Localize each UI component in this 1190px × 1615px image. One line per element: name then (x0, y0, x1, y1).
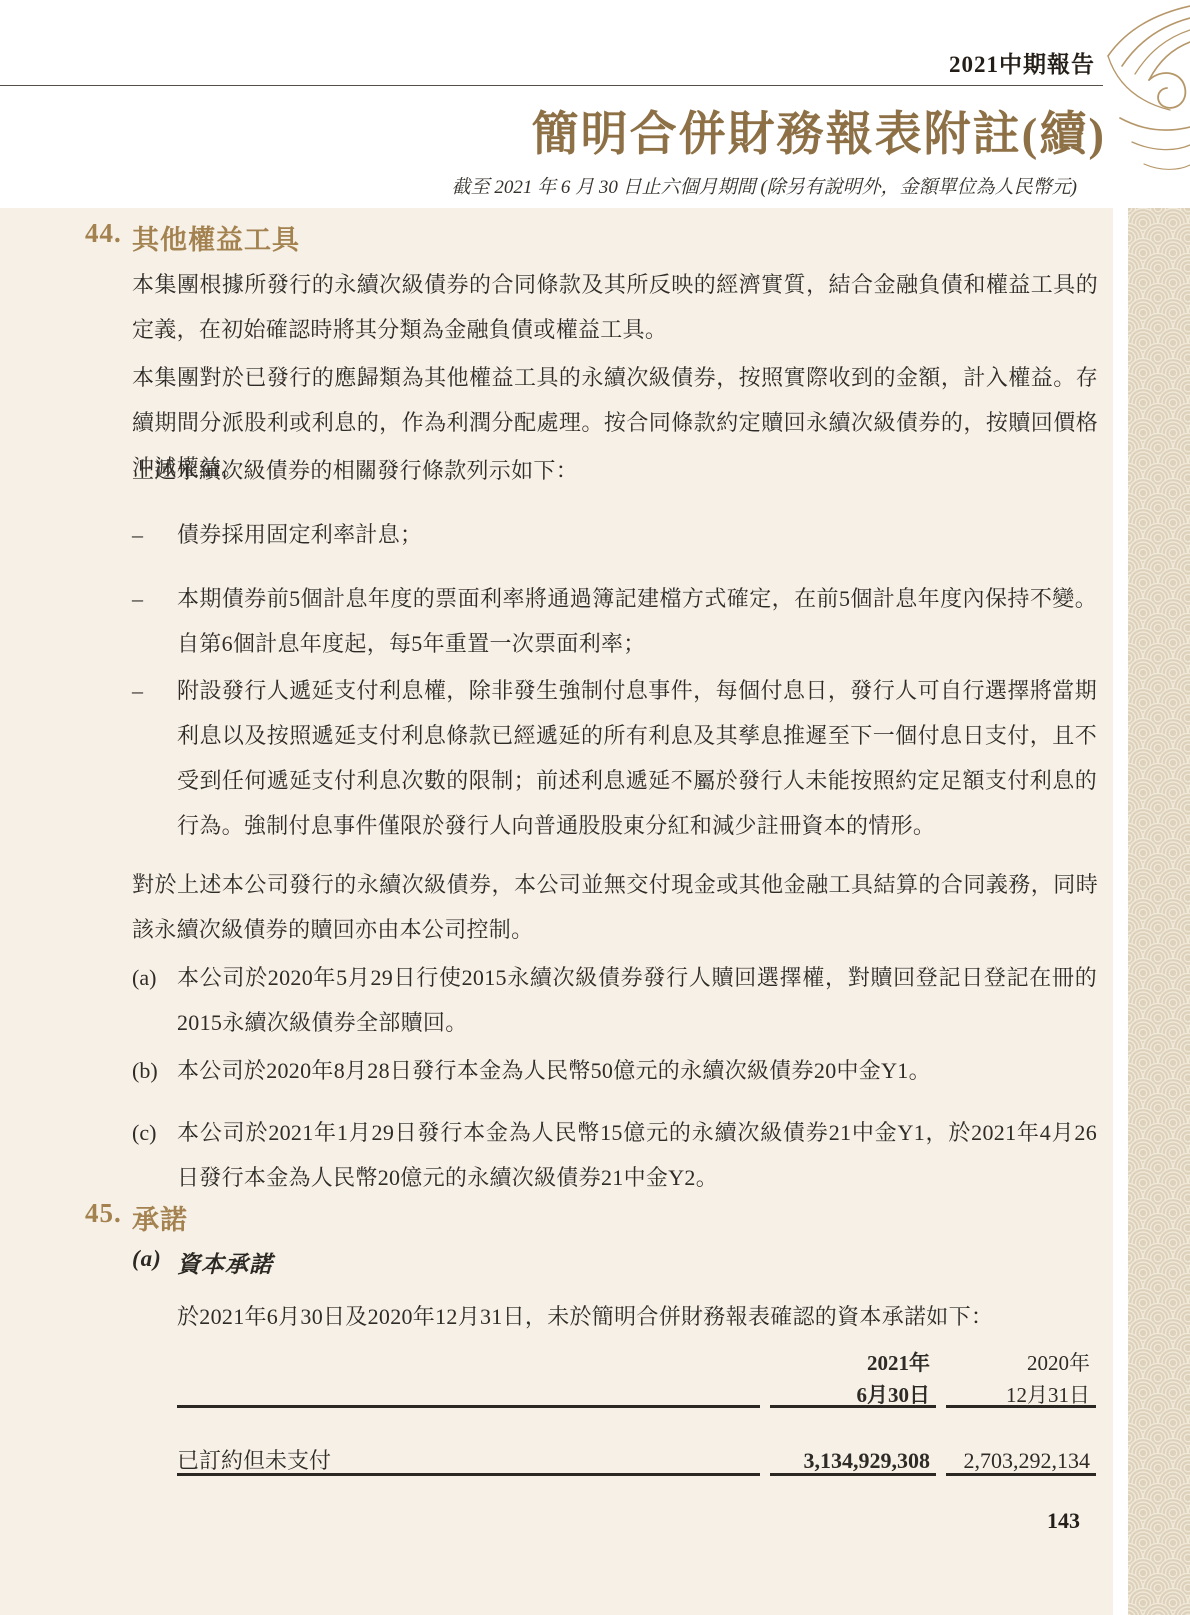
section-number: 45. (85, 1198, 132, 1237)
section-title: 其他權益工具 (132, 218, 300, 257)
header-rule (0, 85, 1103, 86)
bullet-dash: – (132, 512, 177, 557)
bullet-item: 附設發行人遞延支付利息權，除非發生強制付息事件，每個付息日，發行人可自行選擇將當… (177, 668, 1097, 848)
section-number: 44. (85, 218, 132, 257)
table-rule-bottom (946, 1473, 1096, 1476)
subsection-label: (a) (132, 1246, 177, 1279)
table-value-2021: 3,134,929,308 (770, 1446, 930, 1476)
list-item: 本公司於2020年5月29日行使2015永續次級債券發行人贖回選擇權，對贖回登記… (177, 955, 1097, 1045)
page-subtitle: 截至 2021 年 6 月 30 日止六個月期間 (除另有說明外，金額單位為人民… (452, 172, 1077, 199)
list-label: (b) (132, 1048, 177, 1093)
page-title: 簡明合併財務報表附註(續) (532, 97, 1106, 164)
table-rule-top (946, 1405, 1096, 1408)
report-page: 2021中期報告 簡明合併財務報表附註(續) 截至 2021 年 6 月 30 … (0, 0, 1190, 1615)
list-label: (a) (132, 955, 177, 1000)
list-item: 本公司於2021年1月29日發行本金為人民幣15億元的永續次級債券21中金Y1，… (177, 1110, 1097, 1200)
subsection-heading: (a) 資本承諾 (132, 1246, 273, 1279)
section-44-heading: 44. 其他權益工具 (85, 218, 300, 257)
list-label: (c) (132, 1110, 177, 1155)
bullet-item: 債券採用固定利率計息； (177, 512, 1097, 557)
paragraph: 上述永續次級債券的相關發行條款列示如下： (132, 448, 1098, 493)
paragraph: 本集團根據所發行的永續次級債券的合同條款及其所反映的經濟實質，結合金融負債和權益… (132, 262, 1098, 352)
subsection-title: 資本承諾 (177, 1246, 273, 1279)
section-45-heading: 45. 承諾 (85, 1198, 188, 1237)
bullet-dash: – (132, 576, 177, 621)
bullet-item: 本期債券前5個計息年度的票面利率將通過簿記建檔方式確定，在前5個計息年度內保持不… (177, 576, 1097, 666)
table-row-label: 已訂約但未支付 (177, 1446, 331, 1476)
table-rule-bottom (770, 1473, 936, 1476)
seigaiha-pattern (1128, 208, 1190, 1615)
page-number: 143 (1047, 1508, 1080, 1534)
report-label: 2021中期報告 (949, 46, 1095, 79)
paragraph: 於2021年6月30日及2020年12月31日，未於簡明合併財務報表確認的資本承… (177, 1294, 1097, 1339)
bullet-dash: – (132, 668, 177, 713)
list-item: 本公司於2020年8月28日發行本金為人民幣50億元的永續次級債券20中金Y1。 (177, 1048, 1097, 1093)
table-header-2020-year: 2020年 (940, 1348, 1090, 1378)
table-rule-top (177, 1405, 760, 1408)
table-value-2020: 2,703,292,134 (940, 1446, 1090, 1476)
table-header-2021-year: 2021年 (770, 1348, 930, 1378)
paragraph: 對於上述本公司發行的永續次級債券，本公司並無交付現金或其他金融工具結算的合同義務… (132, 862, 1098, 952)
table-rule-bottom (177, 1473, 760, 1476)
section-title: 承諾 (132, 1198, 188, 1237)
table-rule-top (770, 1405, 936, 1408)
